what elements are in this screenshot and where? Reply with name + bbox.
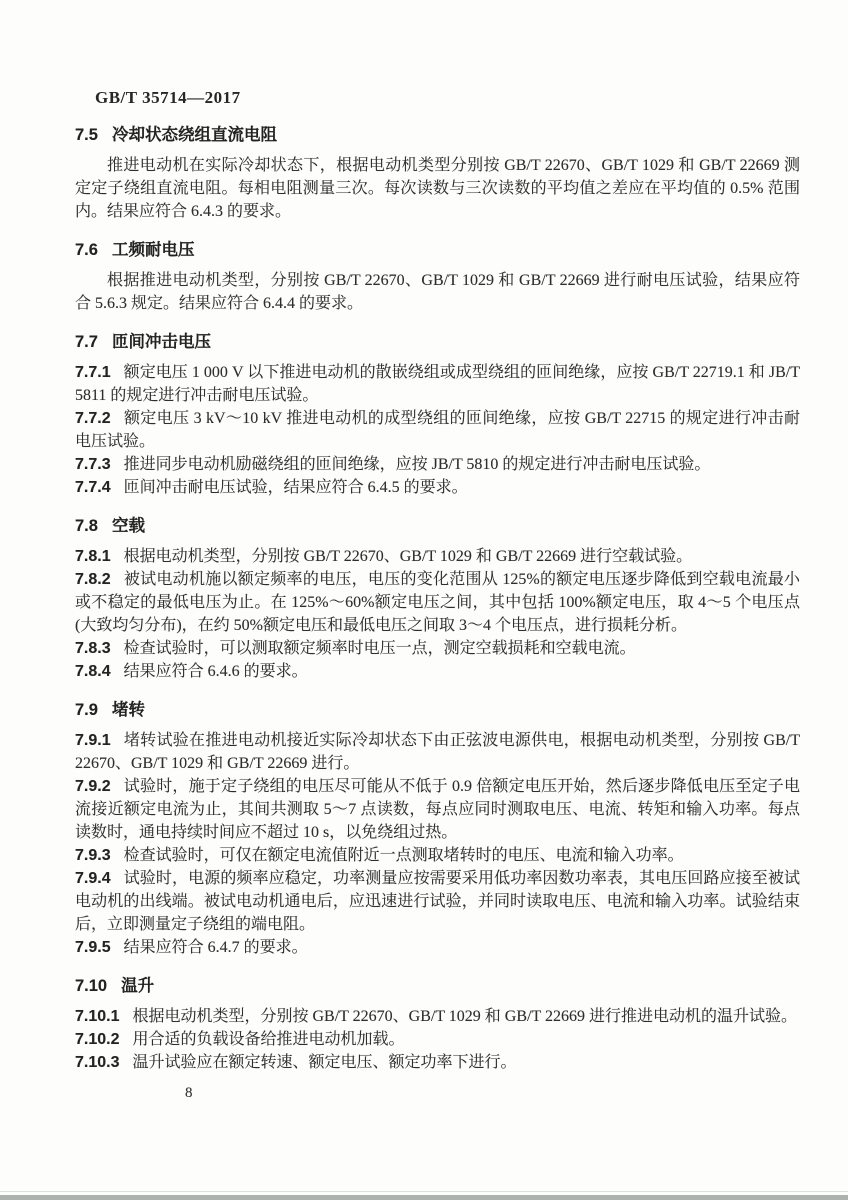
standard-number-header: GB/T 35714—2017 bbox=[95, 88, 848, 108]
section-heading: 7.9堵转 bbox=[75, 699, 800, 721]
section-heading: 7.5冷却状态绕组直流电阻 bbox=[75, 124, 800, 146]
clause-text: 根据电动机类型，分别按 GB/T 22670、GB/T 1029 和 GB/T … bbox=[124, 548, 692, 565]
clause-text: 额定电压 3 kV～10 kV 推进电动机的成型绕组的匝间绝缘，应按 GB/T … bbox=[75, 410, 800, 450]
clause-number: 7.9.2 bbox=[75, 778, 111, 795]
section-number: 7.7 bbox=[75, 333, 98, 351]
clause-text: 检查试验时，可仅在额定电流值附近一点测取堵转时的电压、电流和输入功率。 bbox=[124, 847, 684, 864]
clause-text: 温升试验应在额定转速、额定电压、额定功率下进行。 bbox=[132, 1054, 516, 1071]
clause-paragraph: 7.9.1堵转试验在推进电动机接近实际冷却状态下由正弦波电源供电，根据电动机类型… bbox=[75, 729, 800, 775]
clause-text: 结果应符合 6.4.7 的要求。 bbox=[124, 939, 308, 956]
clause-text: 匝间冲击耐电压试验，结果应符合 6.4.5 的要求。 bbox=[124, 479, 468, 496]
clause-paragraph: 7.9.3检查试验时，可仅在额定电流值附近一点测取堵转时的电压、电流和输入功率。 bbox=[75, 844, 800, 867]
section-title: 温升 bbox=[121, 977, 154, 995]
clause-number: 7.9.4 bbox=[75, 870, 111, 887]
clause-paragraph: 7.9.2试验时，施于定子绕组的电压尽可能从不低于 0.9 倍额定电压开始，然后… bbox=[75, 775, 800, 844]
section: 7.9堵转7.9.1堵转试验在推进电动机接近实际冷却状态下由正弦波电源供电，根据… bbox=[75, 699, 800, 959]
body-paragraph: 推进电动机在实际冷却状态下，根据电动机类型分别按 GB/T 22670、GB/T… bbox=[75, 154, 800, 223]
clause-number: 7.10.1 bbox=[75, 1008, 119, 1025]
section-number: 7.9 bbox=[75, 701, 98, 719]
clause-text: 用合适的负载设备给推进电动机加载。 bbox=[132, 1031, 404, 1048]
section-number: 7.10 bbox=[75, 977, 107, 995]
scan-edge-line bbox=[0, 1191, 848, 1192]
clause-number: 7.8.2 bbox=[75, 571, 111, 588]
clause-paragraph: 7.7.3推进同步电动机励磁绕组的匝间绝缘，应按 JB/T 5810 的规定进行… bbox=[75, 453, 800, 476]
clause-text: 检查试验时，可以测取额定频率时电压一点，测定空载损耗和空载电流。 bbox=[124, 640, 636, 657]
section: 7.10温升7.10.1根据电动机类型，分别按 GB/T 22670、GB/T … bbox=[75, 975, 800, 1074]
scan-edge-strip bbox=[0, 1195, 848, 1200]
clause-number: 7.8.4 bbox=[75, 663, 111, 680]
clause-text: 被试电动机施以额定频率的电压，电压的变化范围从 125%的额定电压逐步降低到空载… bbox=[75, 571, 800, 634]
clause-text: 推进同步电动机励磁绕组的匝间绝缘，应按 JB/T 5810 的规定进行冲击耐电压… bbox=[124, 456, 711, 473]
document-body: 7.5冷却状态绕组直流电阻推进电动机在实际冷却状态下，根据电动机类型分别按 GB… bbox=[75, 124, 800, 1074]
clause-number: 7.7.3 bbox=[75, 456, 111, 473]
clause-number: 7.8.3 bbox=[75, 640, 111, 657]
clause-text: 试验时，电源的频率应稳定，功率测量应按需要采用低功率因数功率表，其电压回路应接至… bbox=[75, 870, 800, 933]
section-title: 工频耐电压 bbox=[112, 241, 195, 259]
clause-number: 7.9.3 bbox=[75, 847, 111, 864]
clause-number: 7.10.2 bbox=[75, 1031, 119, 1048]
clause-number: 7.9.1 bbox=[75, 732, 111, 749]
section-number: 7.8 bbox=[75, 517, 98, 535]
clause-paragraph: 7.8.3检查试验时，可以测取额定频率时电压一点，测定空载损耗和空载电流。 bbox=[75, 637, 800, 660]
clause-text: 额定电压 1 000 V 以下推进电动机的散嵌绕组或成型绕组的匝间绝缘，应按 G… bbox=[75, 364, 800, 404]
section-number: 7.5 bbox=[75, 126, 98, 144]
clause-paragraph: 7.10.2用合适的负载设备给推进电动机加载。 bbox=[75, 1028, 800, 1051]
section: 7.6工频耐电压根据推进电动机类型，分别按 GB/T 22670、GB/T 10… bbox=[75, 239, 800, 315]
section-heading: 7.6工频耐电压 bbox=[75, 239, 800, 261]
clause-text: 堵转试验在推进电动机接近实际冷却状态下由正弦波电源供电，根据电动机类型，分别按 … bbox=[75, 732, 800, 772]
clause-number: 7.8.1 bbox=[75, 548, 111, 565]
clause-text: 结果应符合 6.4.6 的要求。 bbox=[124, 663, 308, 680]
section-heading: 7.10温升 bbox=[75, 975, 800, 997]
section-title: 匝间冲击电压 bbox=[112, 333, 211, 351]
clause-text: 根据电动机类型，分别按 GB/T 22670、GB/T 1029 和 GB/T … bbox=[132, 1008, 796, 1025]
clause-paragraph: 7.8.4结果应符合 6.4.6 的要求。 bbox=[75, 660, 800, 683]
clause-paragraph: 7.9.4试验时，电源的频率应稳定，功率测量应按需要采用低功率因数功率表，其电压… bbox=[75, 867, 800, 936]
clause-paragraph: 7.10.1根据电动机类型，分别按 GB/T 22670、GB/T 1029 和… bbox=[75, 1005, 800, 1028]
section: 7.5冷却状态绕组直流电阻推进电动机在实际冷却状态下，根据电动机类型分别按 GB… bbox=[75, 124, 800, 223]
clause-paragraph: 7.7.2额定电压 3 kV～10 kV 推进电动机的成型绕组的匝间绝缘，应按 … bbox=[75, 407, 800, 453]
clause-paragraph: 7.8.2被试电动机施以额定频率的电压，电压的变化范围从 125%的额定电压逐步… bbox=[75, 568, 800, 637]
clause-paragraph: 7.9.5结果应符合 6.4.7 的要求。 bbox=[75, 936, 800, 959]
section-heading: 7.8空载 bbox=[75, 515, 800, 537]
clause-paragraph: 7.7.1额定电压 1 000 V 以下推进电动机的散嵌绕组或成型绕组的匝间绝缘… bbox=[75, 361, 800, 407]
body-paragraph: 根据推进电动机类型，分别按 GB/T 22670、GB/T 1029 和 GB/… bbox=[75, 269, 800, 315]
clause-number: 7.9.5 bbox=[75, 939, 111, 956]
clause-number: 7.7.4 bbox=[75, 479, 111, 496]
section: 7.8空载7.8.1根据电动机类型，分别按 GB/T 22670、GB/T 10… bbox=[75, 515, 800, 683]
page-number: 8 bbox=[185, 1082, 800, 1105]
clause-paragraph: 7.8.1根据电动机类型，分别按 GB/T 22670、GB/T 1029 和 … bbox=[75, 545, 800, 568]
section-title: 堵转 bbox=[112, 701, 145, 719]
clause-number: 7.10.3 bbox=[75, 1054, 119, 1071]
section-title: 冷却状态绕组直流电阻 bbox=[112, 126, 277, 144]
clause-paragraph: 7.7.4匝间冲击耐电压试验，结果应符合 6.4.5 的要求。 bbox=[75, 476, 800, 499]
clause-number: 7.7.2 bbox=[75, 410, 111, 427]
clause-paragraph: 7.10.3温升试验应在额定转速、额定电压、额定功率下进行。 bbox=[75, 1051, 800, 1074]
section-title: 空载 bbox=[112, 517, 145, 535]
section-heading: 7.7匝间冲击电压 bbox=[75, 331, 800, 353]
section-number: 7.6 bbox=[75, 241, 98, 259]
document-page: GB/T 35714—2017 7.5冷却状态绕组直流电阻推进电动机在实际冷却状… bbox=[0, 0, 848, 1200]
section: 7.7匝间冲击电压7.7.1额定电压 1 000 V 以下推进电动机的散嵌绕组或… bbox=[75, 331, 800, 499]
clause-number: 7.7.1 bbox=[75, 364, 111, 381]
clause-text: 试验时，施于定子绕组的电压尽可能从不低于 0.9 倍额定电压开始，然后逐步降低电… bbox=[75, 778, 800, 841]
